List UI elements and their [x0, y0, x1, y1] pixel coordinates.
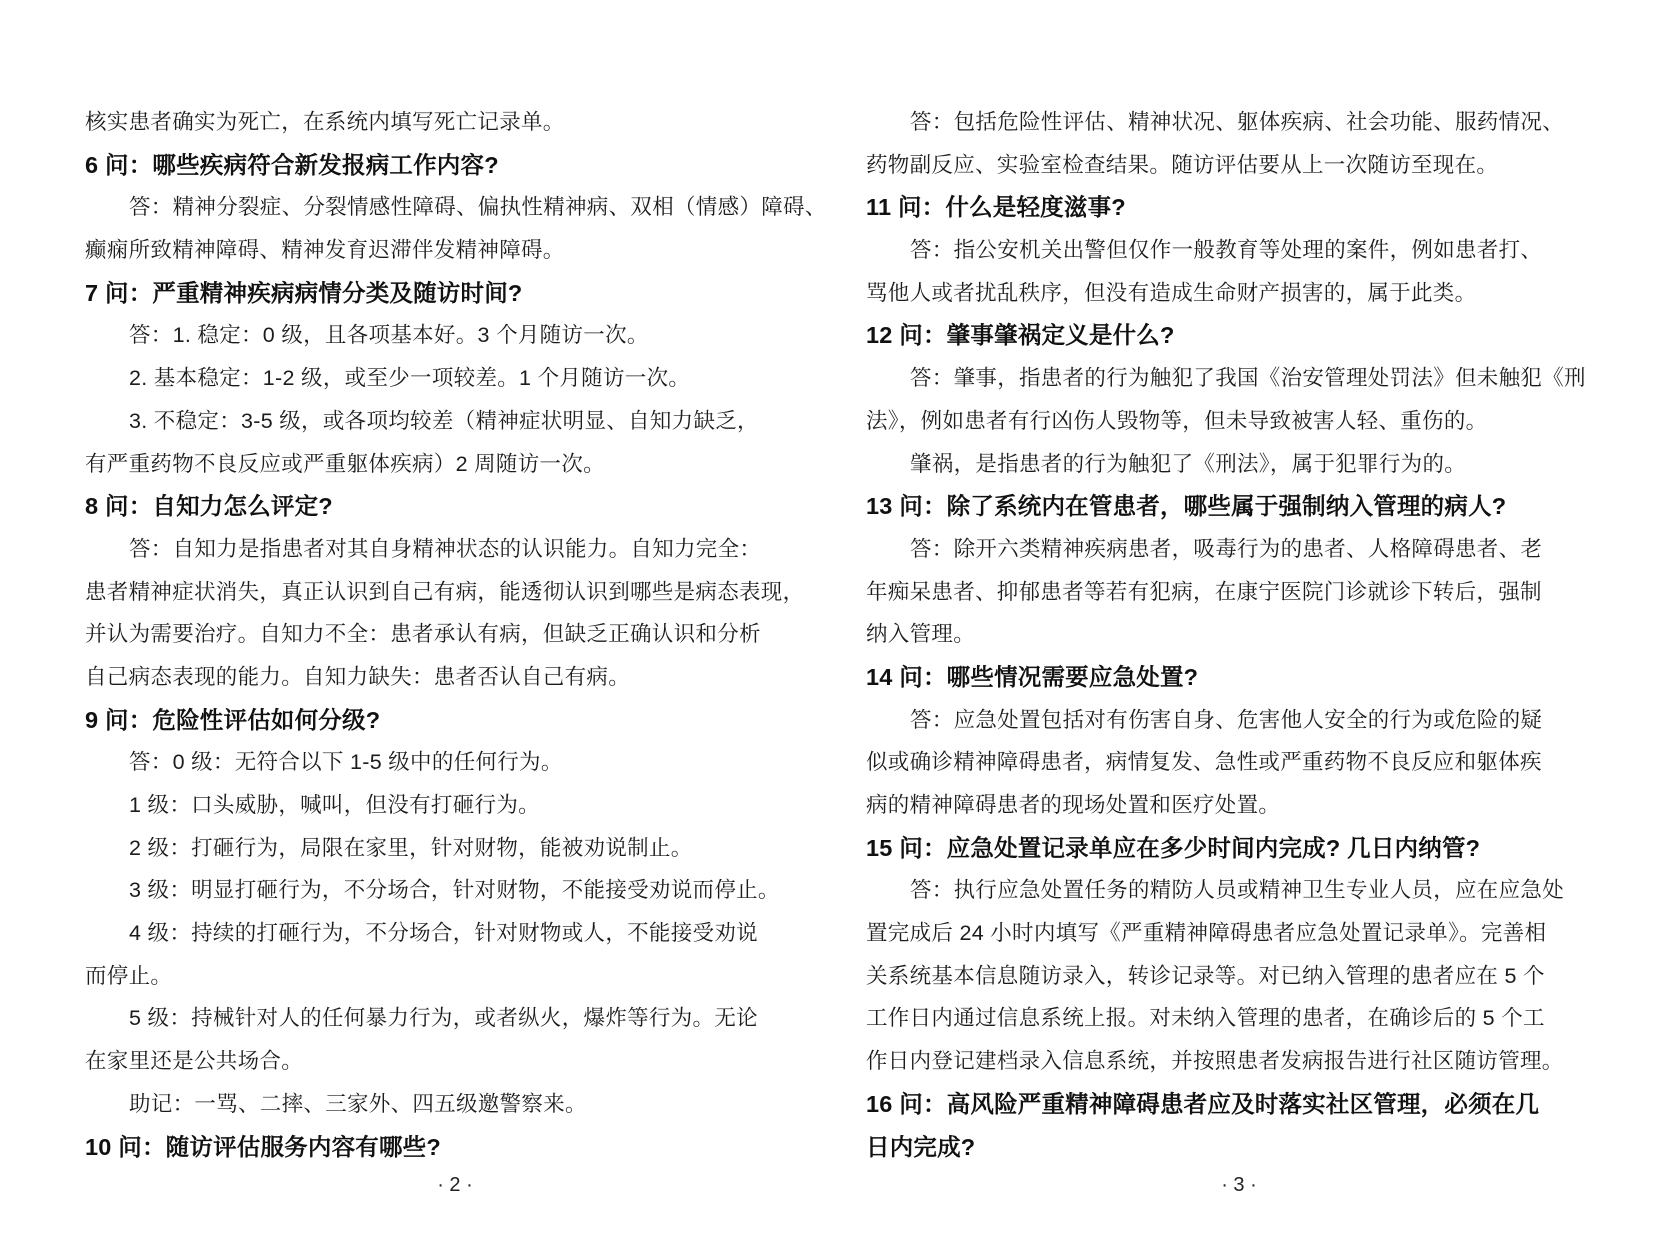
text-line: 工作日内通过信息系统上报。对未纳入管理的患者，在确诊后的 5 个工 [866, 997, 1612, 1040]
text-line: 关系统基本信息随访录入，转诊记录等。对已纳入管理的患者应在 5 个 [866, 955, 1612, 998]
text-line: 答：肇事，指患者的行为触犯了我国《治安管理处罚法》但未触犯《刑 [866, 357, 1612, 400]
text-line: 助记：一骂、二摔、三家外、四五级邀警察来。 [85, 1083, 825, 1126]
text-line: 年痴呆患者、抑郁患者等若有犯病，在康宁医院门诊就诊下转后，强制 [866, 571, 1612, 614]
question-heading: 7 问：严重精神疾病病情分类及随访时间? [85, 272, 825, 315]
text-line: 4 级：持续的打砸行为，不分场合，针对财物或人，不能接受劝说 [85, 912, 825, 955]
text-line: 患者精神症状消失，真正认识到自己有病，能透彻认识到哪些是病态表现， [85, 571, 825, 614]
text-line: 而停止。 [85, 955, 825, 998]
text-line: 5 级：持械针对人的任何暴力行为，或者纵火，爆炸等行为。无论 [85, 997, 825, 1040]
question-heading: 12 问：肇事肇祸定义是什么? [866, 314, 1612, 357]
text-line: 答：指公安机关出警但仅作一般教育等处理的案件，例如患者打、 [866, 229, 1612, 272]
text-line: 药物副反应、实验室检查结果。随访评估要从上一次随访至现在。 [866, 144, 1612, 187]
page-number-right: · 3 · [866, 1170, 1612, 1200]
text-line: 3 级：明显打砸行为，不分场合，针对财物，不能接受劝说而停止。 [85, 869, 825, 912]
text-line: 答：1. 稳定：0 级，且各项基本好。3 个月随访一次。 [85, 314, 825, 357]
text-line: 法》，例如患者有行凶伤人毁物等，但未导致被害人轻、重伤的。 [866, 400, 1612, 443]
text-line: 答：应急处置包括对有伤害自身、危害他人安全的行为或危险的疑 [866, 699, 1612, 742]
text-line: 骂他人或者扰乱秩序，但没有造成生命财产损害的，属于此类。 [866, 272, 1612, 315]
page-right: 答：包括危险性评估、精神状况、躯体疾病、社会功能、服药情况、药物副反应、实验室检… [866, 101, 1612, 1168]
text-line: 似或确诊精神障碍患者，病情复发、急性或严重药物不良反应和躯体疾 [866, 741, 1612, 784]
page-number-left: · 2 · [85, 1170, 825, 1200]
text-line: 1 级：口头威胁，喊叫，但没有打砸行为。 [85, 784, 825, 827]
text-line: 答：包括危险性评估、精神状况、躯体疾病、社会功能、服药情况、 [866, 101, 1612, 144]
text-line: 答：自知力是指患者对其自身精神状态的认识能力。自知力完全： [85, 528, 825, 571]
text-line: 2. 基本稳定：1-2 级，或至少一项较差。1 个月随访一次。 [85, 357, 825, 400]
text-line: 癫痫所致精神障碍、精神发育迟滞伴发精神障碍。 [85, 229, 825, 272]
text-line: 答：0 级：无符合以下 1-5 级中的任何行为。 [85, 741, 825, 784]
page-left: 核实患者确实为死亡，在系统内填写死亡记录单。6 问：哪些疾病符合新发报病工作内容… [85, 101, 825, 1168]
question-heading: 10 问：随访评估服务内容有哪些? [85, 1126, 825, 1169]
text-line: 答：精神分裂症、分裂情感性障碍、偏执性精神病、双相（情感）障碍、 [85, 186, 825, 229]
text-line: 自己病态表现的能力。自知力缺失：患者否认自己有病。 [85, 656, 825, 699]
question-heading: 日内完成? [866, 1126, 1612, 1169]
question-heading: 14 问：哪些情况需要应急处置? [866, 656, 1612, 699]
question-heading: 8 问：自知力怎么评定? [85, 485, 825, 528]
question-heading: 11 问：什么是轻度滋事? [866, 186, 1612, 229]
text-line: 病的精神障碍患者的现场处置和医疗处置。 [866, 784, 1612, 827]
text-line: 答：除开六类精神疾病患者，吸毒行为的患者、人格障碍患者、老 [866, 528, 1612, 571]
text-line: 有严重药物不良反应或严重躯体疾病）2 周随访一次。 [85, 443, 825, 486]
text-line: 纳入管理。 [866, 613, 1612, 656]
text-line: 3. 不稳定：3-5 级，或各项均较差（精神症状明显、自知力缺乏， [85, 400, 825, 443]
text-line: 肇祸，是指患者的行为触犯了《刑法》，属于犯罪行为的。 [866, 443, 1612, 486]
question-heading: 15 问：应急处置记录单应在多少时间内完成? 几日内纳管? [866, 827, 1612, 870]
text-line: 答：执行应急处置任务的精防人员或精神卫生专业人员，应在应急处 [866, 869, 1612, 912]
question-heading: 16 问：高风险严重精神障碍患者应及时落实社区管理，必须在几 [866, 1083, 1612, 1126]
text-line: 在家里还是公共场合。 [85, 1040, 825, 1083]
question-heading: 9 问：危险性评估如何分级? [85, 699, 825, 742]
text-line: 2 级：打砸行为，局限在家里，针对财物，能被劝说制止。 [85, 827, 825, 870]
question-heading: 6 问：哪些疾病符合新发报病工作内容? [85, 144, 825, 187]
question-heading: 13 问：除了系统内在管患者，哪些属于强制纳入管理的病人? [866, 485, 1612, 528]
document-spread: 核实患者确实为死亡，在系统内填写死亡记录单。6 问：哪些疾病符合新发报病工作内容… [0, 0, 1677, 1240]
text-line: 核实患者确实为死亡，在系统内填写死亡记录单。 [85, 101, 825, 144]
text-line: 并认为需要治疗。自知力不全：患者承认有病，但缺乏正确认识和分析 [85, 613, 825, 656]
text-line: 作日内登记建档录入信息系统，并按照患者发病报告进行社区随访管理。 [866, 1040, 1612, 1083]
text-line: 置完成后 24 小时内填写《严重精神障碍患者应急处置记录单》。完善相 [866, 912, 1612, 955]
